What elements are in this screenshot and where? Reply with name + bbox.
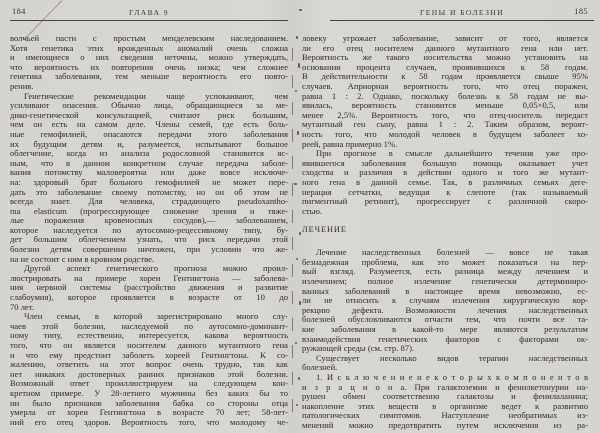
text-line: менее 2,5%. Вероятность того, что отец-н… <box>302 111 588 121</box>
text-line: генетика заболевания, тем меньше вероятн… <box>10 72 288 82</box>
text-line: ни было признаков заболевания бабка со с… <box>10 399 288 409</box>
text-line: накопление этих веществ в организме веде… <box>302 402 588 412</box>
text-line: сходства и различия в действии одного и … <box>302 168 588 178</box>
gutter-shadow-line <box>292 48 293 420</box>
text-line: и что ему предстоит заболеть хореей Гент… <box>10 351 288 361</box>
text-line: Член семьи, в которой зарегистрировано м… <box>10 312 288 322</box>
text-line: ному типу, естественно, интересуется, ка… <box>10 331 288 341</box>
scan-speck <box>298 63 300 68</box>
text-line: рушен обмен соответственно галактозы и ф… <box>302 392 588 402</box>
text-line: и з р а ц и о н а. При галактоземии и фе… <box>302 383 588 393</box>
text-line: облегчение, когда из анализа родословной… <box>10 149 288 159</box>
text-line: дико-генетической консультацией, считают… <box>10 111 288 121</box>
text-line: 70 лет. <box>10 303 288 313</box>
text-line: ma elasticum (прогрессирующее снижение з… <box>10 207 288 217</box>
text-line: При прогнозе в смысле дальнейшего течени… <box>302 149 588 159</box>
text-line: умерла от хореи Гентингтона в возрасте 7… <box>10 408 288 418</box>
text-line: рения. <box>10 82 288 92</box>
text-line: В действительности к 58 годам проявляетс… <box>302 72 588 82</box>
text-line: равна 1 : 2. Однако, поскольку болезнь к… <box>302 92 588 102</box>
text-line: Вероятность же такого носительства можно… <box>302 53 588 63</box>
text-line: безнадежная проблема, как это может пока… <box>302 258 588 268</box>
right-running-title: ГЕНЫ И БОЛЕЗНИ <box>330 8 594 17</box>
right-header-rule <box>330 20 594 21</box>
text-line: явилась, вероятность становится меньше 0… <box>302 101 588 111</box>
scan-speck <box>299 301 301 305</box>
text-line: дет большим облегчением узнать, что риск… <box>10 235 288 245</box>
text-line: на: здоровый брат больного гемофилией не… <box>10 178 288 188</box>
text-line: ружающей среды (см. стр. 87). <box>302 344 588 354</box>
text-line: и имеющиеся о них сведения неточны, можн… <box>10 53 288 63</box>
text-line: их будущим детям и, разумеется, испытыва… <box>10 140 288 150</box>
text-line: кретном примере. У 28-летнего мужчины бе… <box>10 389 288 399</box>
text-line: вый взгляд. Разумеется, есть разница меж… <box>302 267 588 277</box>
text-line: 1. И с к л ю ч е н и е н е к о т о р ы х… <box>302 373 588 383</box>
text-line: менений можно предотвратить путем исключ… <box>302 421 588 431</box>
text-line: кие заболевания в какой-то мере являются… <box>302 325 588 335</box>
text-line: ным, что в данном конкретном случае пере… <box>10 159 288 169</box>
scan-speck <box>296 404 298 406</box>
right-page-number: 185 <box>574 7 588 16</box>
right-page-text-top: ловеку угрожает заболевание, зависит от … <box>302 34 588 216</box>
scan-speck <box>298 377 300 380</box>
text-line: того, что он является носителем данного … <box>10 341 288 351</box>
scan-speck <box>296 36 298 39</box>
right-page: ГЕНЫ И БОЛЕЗНИ 185 ловеку угрожает забол… <box>302 7 594 431</box>
text-line: ловеку угрожает заболевание, зависит от … <box>302 34 588 44</box>
paragraph: Другой аспект генетического прогноза мож… <box>10 264 288 312</box>
text-line: случаев. Априорная вероятность того, что… <box>302 82 588 92</box>
text-line: дать это заболевание своему потомству, н… <box>10 188 288 198</box>
text-line: люстрировать на примере хореи Гентингтон… <box>10 274 288 284</box>
scan-speck <box>299 9 302 11</box>
scan-speck <box>296 258 298 260</box>
text-line: ли его отец носителем данного мутантного… <box>302 44 588 54</box>
text-line: которое наследуется по аутосомно-рецесси… <box>10 226 288 236</box>
text-line: Генетические рекомендации чаще успокаива… <box>10 92 288 102</box>
text-line: лые поражения кровеносных сосудов),— заб… <box>10 216 288 226</box>
text-line: вания потомству маловероятна или даже во… <box>10 168 288 178</box>
text-line: ного гена в данной семье. Так, в различн… <box>302 178 588 188</box>
text-line: жалению, ответить на этот вопрос очень т… <box>10 360 288 370</box>
text-line: чаев этой болезни, наследуемой по аутосо… <box>10 322 288 332</box>
paragraph: 1. И с к л ю ч е н и е н е к о т о р ы х… <box>302 373 588 431</box>
text-line: Возможный ответ проиллюстрируем на следу… <box>10 379 288 389</box>
paragraph: волчьей пасти с простым менделевским нас… <box>10 34 288 92</box>
text-line: ные гемофилией, опасаются передачи этого… <box>10 130 288 140</box>
text-line: ния нервной системы (расстройство движен… <box>10 283 288 293</box>
left-page-text: волчьей пасти с простым менделевским нас… <box>10 34 288 427</box>
scan-speck <box>297 131 299 135</box>
left-header-rule <box>10 20 288 21</box>
scan-speck <box>295 90 297 92</box>
text-line: волчьей пасти с простым менделевским нас… <box>10 34 288 44</box>
text-line: Существует несколько видов терапии насле… <box>302 354 588 364</box>
text-line: реей, равна примерно 1%. <box>302 140 588 150</box>
paragraph: При прогнозе в смысле дальнейшего течени… <box>302 149 588 216</box>
scan-speck <box>295 342 297 344</box>
text-line: рекцию дефекта. Возможности лечения насл… <box>302 306 588 316</box>
paragraph: Существует несколько видов терапии насле… <box>302 354 588 373</box>
text-line: Лечение наследственных болезней — вовсе … <box>302 248 588 258</box>
text-line: что вероятность их повторения очень низк… <box>10 63 288 73</box>
text-line: ность того, что молодой человек в будуще… <box>302 130 588 140</box>
text-line: Другой аспект генетического прогноза мож… <box>10 264 288 274</box>
text-line: ли не относить к случаям излечения хирур… <box>302 296 588 306</box>
paragraph: Член семьи, в которой зарегистрировано м… <box>10 312 288 427</box>
text-line: на не состоит с ним в кровном родстве. <box>10 255 288 265</box>
text-line: ванных заболеваний в настоящее время нев… <box>302 287 588 297</box>
text-line: болезней обусловливаются отчасти тем, чт… <box>302 315 588 325</box>
text-line: мутантный ген сыну, равна 1 : 2. Таким о… <box>302 120 588 130</box>
left-page: 184 ГЛАВА 9 волчьей пасти с простым менд… <box>10 7 288 427</box>
text-line: пигментный ретинит), прогрессирует с раз… <box>302 197 588 207</box>
text-line: болезней. <box>302 363 588 373</box>
text-line: усиливают опасения. Обычно лица, обращаю… <box>10 101 288 111</box>
paragraph: Генетические рекомендации чаще успокаива… <box>10 92 288 265</box>
text-line: патологических симптомов. Наступление не… <box>302 411 588 421</box>
text-line: слабоумия), которое проявляется в возрас… <box>10 293 288 303</box>
text-line: основании процента случаев, проявившихся… <box>302 63 588 73</box>
text-line: Хотя генетика этих врожденных аномалий о… <box>10 44 288 54</box>
book-scan: { "colors": { "paper": "#d8d6d1", "ink":… <box>0 0 600 433</box>
paragraph: ловеку угрожает заболевание, зависит от … <box>302 34 588 149</box>
text-line: явившегося заболевания большую помощь ок… <box>302 159 588 169</box>
text-line: чем он есть на самом деле. Члены семей, … <box>10 120 288 130</box>
text-line: нет никаких достоверных ранних признаков… <box>10 370 288 380</box>
text-line: взаимодействия генетических факторов с ф… <box>302 335 588 345</box>
text-line: всегда знает. Для человека, страдающего … <box>10 197 288 207</box>
text-line: ний его отец здоров. Вероятность того, ч… <box>10 418 288 428</box>
scan-speck <box>294 183 297 185</box>
text-line: стью. <box>302 207 588 217</box>
paragraph: Лечение наследственных болезней — вовсе … <box>302 248 588 354</box>
right-page-text-bottom: Лечение наследственных болезней — вовсе … <box>302 248 588 430</box>
text-line: излечением; полное излечение генетически… <box>302 277 588 287</box>
text-line: нерация сетчатки, ведущая к слепоте (так… <box>302 188 588 198</box>
scan-speck <box>299 232 301 235</box>
right-page-header: ГЕНЫ И БОЛЕЗНИ 185 <box>330 7 594 18</box>
section-heading: ЛЕЧЕНИЕ <box>302 225 594 235</box>
text-line: болезни детям совершенно ничтожен, при у… <box>10 245 288 255</box>
